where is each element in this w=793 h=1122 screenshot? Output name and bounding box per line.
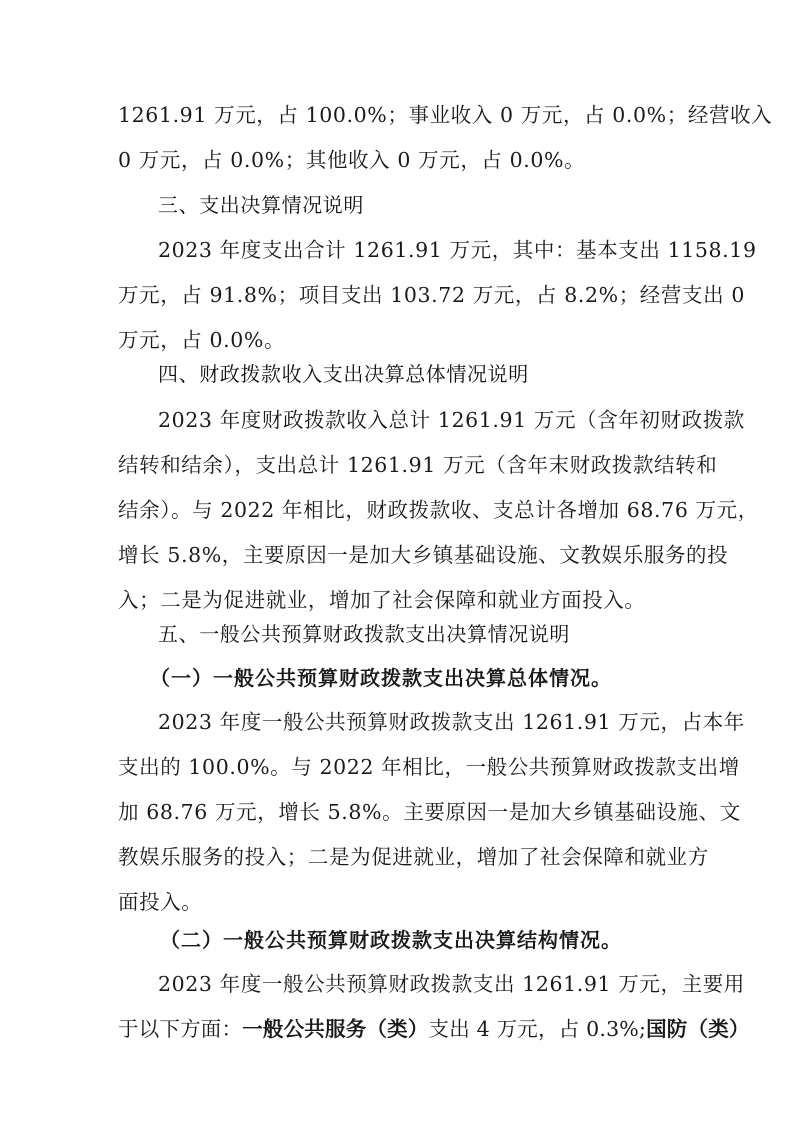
paragraph-line: 2023 年度一般公共预算财政拨款支出 1261.91 万元，主要用 [158,972,678,996]
paragraph-line: 结转和结余），支出总计 1261.91 万元（含年末财政拨款结转和 [118,453,678,477]
section-heading-4: 四、财政拨款收入支出决算总体情况说明 [158,362,678,386]
paragraph-line: 万元，占 91.8%；项目支出 103.72 万元，占 8.2%；经营支出 0 [118,283,678,307]
subsection-heading-2: （二）一般公共预算财政拨款支出决算结构情况。 [160,928,680,952]
text-segment: 于以下方面： [118,1017,242,1041]
paragraph-line: 面投入。 [118,890,678,914]
paragraph-line-mixed: 于以下方面：一般公共服务（类）支出 4 万元，占 0.3%;国防（类） [118,1017,678,1041]
text-segment: 支出 4 万元，占 0.3%; [429,1017,647,1041]
bold-category: 国防（类） [646,1017,750,1041]
bold-category: 一般公共服务（类） [242,1017,428,1041]
section-heading-3: 三、支出决算情况说明 [158,193,678,217]
paragraph-line: 支出的 100.0%。与 2022 年相比，一般公共预算财政拨款支出增 [118,755,678,779]
paragraph-line: 入；二是为促进就业，增加了社会保障和就业方面投入。 [118,588,678,612]
paragraph-line: 2023 年度财政拨款收入总计 1261.91 万元（含年初财政拨款 [158,408,678,432]
paragraph-line: 2023 年度支出合计 1261.91 万元，其中：基本支出 1158.19 [158,238,678,262]
paragraph-line: 万元，占 0.0%。 [118,328,678,352]
subsection-heading-1: （一）一般公共预算财政拨款支出决算总体情况。 [150,666,670,690]
paragraph-line: 增长 5.8%，主要原因一是加大乡镇基础设施、文教娱乐服务的投 [118,543,678,567]
paragraph-line: 0 万元，占 0.0%；其他收入 0 万元，占 0.0%。 [118,148,678,172]
document-page: 1261.91 万元，占 100.0%；事业收入 0 万元，占 0.0%；经营收… [0,0,793,1122]
paragraph-line: 加 68.76 万元，增长 5.8%。主要原因一是加大乡镇基础设施、文 [118,800,678,824]
paragraph-line: 教娱乐服务的投入；二是为促进就业，增加了社会保障和就业方 [118,845,678,869]
paragraph-line: 1261.91 万元，占 100.0%；事业收入 0 万元，占 0.0%；经营收… [118,103,678,127]
paragraph-line: 2023 年度一般公共预算财政拨款支出 1261.91 万元，占本年 [158,710,678,734]
section-heading-5: 五、一般公共预算财政拨款支出决算情况说明 [158,622,678,646]
paragraph-line: 结余）。与 2022 年相比，财政拨款收、支总计各增加 68.76 万元， [118,498,678,522]
